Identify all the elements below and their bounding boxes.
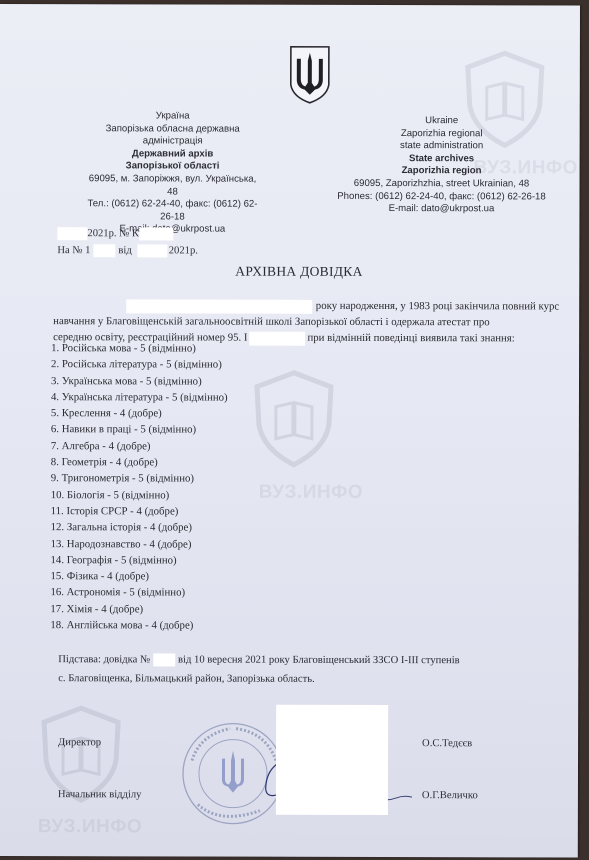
grade-number: 6. <box>51 424 59 436</box>
grade-word: добре <box>161 538 188 550</box>
grade-item: 15. Фізика - 4 (добре) <box>50 568 227 585</box>
grade-subject: Англійська мова <box>67 619 143 631</box>
grade-number: 1. <box>51 342 59 354</box>
document-page: ВУЗ.ИНФО ВУЗ.ИНФО ВУЗ.ИНФО Україна Запор… <box>0 4 580 858</box>
signatory-name-director: О.С.Тедєєв <box>422 738 472 749</box>
grade-score: 4 <box>109 440 114 452</box>
grade-item: 1. Російська мова - 5 (відмінно) <box>51 340 228 357</box>
grade-subject: Алгебра <box>62 440 100 452</box>
grade-subject: Народознавство <box>67 538 141 550</box>
grade-item: 2. Російська література - 5 (відмінно) <box>51 356 228 373</box>
grade-word: відмінно <box>152 342 192 354</box>
redaction <box>57 227 87 240</box>
grade-item: 16. Астрономія - 5 (відмінно) <box>50 585 227 602</box>
grade-subject: Фізика <box>67 570 98 582</box>
grade-subject: Загальна історія <box>67 521 141 533</box>
grade-subject: Українська література <box>62 391 163 403</box>
grade-score: 5 <box>146 375 151 387</box>
header-right-line: state administration <box>336 140 548 153</box>
grade-item: 14. Географія - 5 (відмінно) <box>51 552 228 569</box>
grade-number: 17. <box>50 603 64 615</box>
grade-subject: Біологія <box>67 489 105 501</box>
grade-word: відмінно <box>150 473 190 485</box>
grade-number: 16. <box>50 587 64 599</box>
document-title: АРХІВНА ДОВІДКА <box>235 264 362 280</box>
header-left: Україна Запорізька обласна державна адмі… <box>87 110 257 236</box>
grade-item: 9. Тригонометрія - 5 (відмінно) <box>51 471 228 488</box>
watermark-text: ВУЗ.ИНФО <box>259 482 363 504</box>
grade-number: 2. <box>51 358 59 370</box>
grade-word: добре <box>119 570 146 582</box>
signatory-role-director: Директор <box>58 737 101 748</box>
header-left-line: Україна <box>88 110 258 123</box>
grade-subject: Українська мова <box>62 375 137 387</box>
header-left-line: Запорізька обласна державна <box>88 123 258 136</box>
grade-item: 6. Навики в праці - 5 (відмінно) <box>51 422 228 439</box>
grade-subject: Російська мова <box>62 342 131 354</box>
grade-number: 5. <box>51 407 59 419</box>
shield-book-icon <box>251 369 337 469</box>
grade-word: добре <box>113 603 140 615</box>
grade-item: 4. Українська література - 5 (відмінно) <box>51 389 228 406</box>
grade-item: 12. Загальна історія - 4 (добре) <box>51 519 228 536</box>
grades-list: 1. Російська мова - 5 (відмінно)2. Росій… <box>50 340 227 634</box>
redaction <box>153 653 175 666</box>
grade-item: 3. Українська мова - 5 (відмінно) <box>51 373 228 390</box>
grade-word: відмінно <box>141 587 181 599</box>
redacted-signature-block <box>276 705 388 815</box>
grade-score: 5 <box>121 554 126 566</box>
grade-number: 10. <box>51 489 65 501</box>
grade-score: 4 <box>136 505 141 517</box>
grade-number: 11. <box>51 505 64 517</box>
grade-score: 4 <box>151 619 156 631</box>
redaction <box>139 227 173 240</box>
watermark-text: ВУЗ.ИНФО <box>38 816 142 838</box>
grade-number: 12. <box>51 521 65 533</box>
grade-score: 4 <box>107 570 112 582</box>
header-right-org: State archives <box>336 153 548 166</box>
grade-score: 5 <box>140 342 145 354</box>
basis-section: Підстава: довідка №від 10 вересня 2021 р… <box>58 650 459 689</box>
grade-item: 10. Біологія - 5 (відмінно) <box>51 487 228 504</box>
signatory-name-head: О.Г.Величко <box>422 790 478 801</box>
header-left-org: Запорізької області <box>88 161 258 174</box>
grade-number: 13. <box>51 538 65 550</box>
grade-number: 15. <box>50 570 64 582</box>
basis-line-1: Підстава: довідка №від 10 вересня 2021 р… <box>58 650 459 670</box>
header-left-line: адміністрація <box>88 135 258 148</box>
grade-number: 4. <box>51 391 59 403</box>
grade-subject: Тригонометрія <box>62 473 130 485</box>
header-right: Ukraine Zaporizhia regional state admini… <box>335 115 547 216</box>
grade-item: 18. Англійська мова - 4 (добре) <box>50 617 227 634</box>
redaction <box>93 244 115 257</box>
grade-score: 4 <box>150 538 155 550</box>
header-right-email: E-mail: dato@ukrpost.ua <box>335 203 547 216</box>
grade-number: 9. <box>51 473 59 485</box>
grade-word: добре <box>132 408 159 420</box>
grade-subject: Російська література <box>62 358 157 370</box>
grade-word: відмінно <box>133 554 173 566</box>
grade-number: 8. <box>51 456 59 468</box>
header-left-phones: Тел.: (0612) 62-24-40, факс: (0612) 62-2… <box>87 198 257 224</box>
header-right-phones: Phones: (0612) 62-24-40, факс: (0612) 62… <box>335 190 547 203</box>
basis-line-2: с. Благовіщенка, Більмацький район, Запо… <box>58 669 459 689</box>
grade-item: 11. Історія СРСР - 4 (добре) <box>51 503 228 520</box>
grade-score: 4 <box>101 603 106 615</box>
grade-subject: Геометрія <box>62 456 107 468</box>
grade-number: 7. <box>51 440 59 452</box>
header-right-org: Zaporizhia region <box>336 165 548 178</box>
grade-score: 5 <box>138 473 143 485</box>
grade-score: 5 <box>166 359 171 371</box>
grade-number: 14. <box>51 554 65 566</box>
grade-score: 5 <box>140 424 145 436</box>
grade-item: 17. Хімія - 4 (добре) <box>50 601 227 618</box>
redaction <box>138 244 168 257</box>
header-right-address: 69095, Zaporizhzhia, street Ukrainian, 4… <box>336 178 548 191</box>
grade-subject: Навики в праці <box>62 424 132 436</box>
grade-item: 7. Алгебра - 4 (добре) <box>51 438 228 455</box>
signatory-role-head: Начальник відділу <box>58 789 142 800</box>
grade-score: 4 <box>116 456 121 468</box>
grade-number: 18. <box>50 619 64 631</box>
grade-word: добре <box>120 440 147 452</box>
grade-word: добре <box>128 456 155 468</box>
grade-word: відмінно <box>125 489 165 501</box>
header-right-line: Zaporizhia regional <box>336 127 548 140</box>
trident-coat-of-arms-icon <box>289 45 331 105</box>
header-left-address: 69095, м. Запоріжжя, вул. Українська, 48 <box>87 173 257 199</box>
grade-score: 5 <box>172 391 177 403</box>
header-left-org: Державний архів <box>88 148 258 161</box>
grade-subject: Історія СРСР <box>66 505 127 517</box>
grade-word: відмінно <box>152 424 192 436</box>
grade-subject: Хімія <box>67 603 93 615</box>
grade-subject: Географія <box>67 554 112 566</box>
grade-subject: Астрономія <box>67 587 121 599</box>
grade-word: добре <box>148 505 175 517</box>
grade-word: відмінно <box>158 375 198 387</box>
grade-score: 5 <box>129 587 134 599</box>
grade-word: відмінно <box>178 359 218 371</box>
redaction <box>249 331 305 345</box>
grade-word: відмінно <box>184 391 224 403</box>
grade-subject: Креслення <box>62 407 111 419</box>
grade-word: добре <box>163 619 190 631</box>
reference-line-1: 2021р. № К <box>57 227 173 240</box>
grade-item: 8. Геометрія - 4 (добре) <box>51 454 228 471</box>
redaction <box>126 299 312 313</box>
grade-word: добре <box>162 522 189 534</box>
header-right-line: Ukraine <box>336 115 548 128</box>
grade-score: 4 <box>120 408 125 420</box>
grade-number: 3. <box>51 375 59 387</box>
grade-item: 5. Креслення - 4 (добре) <box>51 405 228 422</box>
grade-score: 4 <box>150 522 155 534</box>
grade-score: 5 <box>114 489 119 501</box>
reference-line-2: На № 1від2021р. <box>57 244 198 257</box>
grade-item: 13. Народознавство - 4 (добре) <box>51 536 228 553</box>
